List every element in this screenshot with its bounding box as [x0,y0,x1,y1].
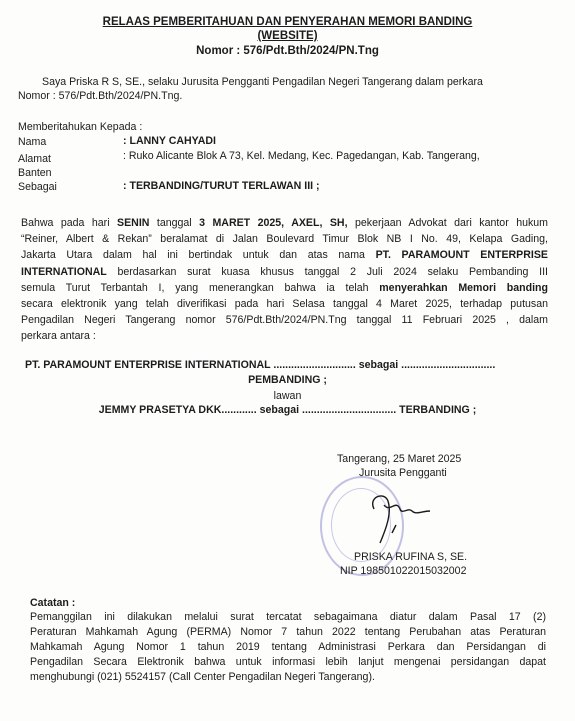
note-line-4: Pengadilan Secara Elektronik bahwa untuk… [30,656,546,668]
signature-name: PRISKA RUFINA S, SE. [354,551,467,563]
body-text: semula Turut Terbantah I, yang menerangk… [21,282,379,294]
address-label: Alamat [18,153,51,165]
body-line-2: “Reiner, Albert & Rekan” beralamat di Ja… [21,233,548,245]
party-pembanding: PT. PARAMOUNT ENTERPRISE INTERNATIONAL .… [25,359,495,371]
role-label: Sebagai [18,181,57,193]
body-text: tanggal [149,217,199,229]
body-day: SENIN [117,217,149,229]
signature-nip: NIP 198501022015032002 [340,565,466,577]
body-memori-banding: menyerahkan Memori banding [379,282,548,294]
body-company: INTERNATIONAL [21,266,107,278]
body-company: PT. PARAMOUNT ENTERPRISE [376,249,548,261]
party-pembanding-role: PEMBANDING ; [0,374,575,386]
body-text: pekerjaan Advokat dari kantor hukum [348,217,548,229]
note-line-5: menghubungi (021) 5524157 (Call Center P… [30,671,375,683]
party-terbanding: JEMMY PRASETYA DKK............ sebagai .… [0,404,575,416]
body-line-1: Bahwa pada hari SENIN tanggal 3 MARET 20… [21,217,548,229]
note-heading: Catatan : [30,597,75,609]
body-line-7: Pengadilan Negeri Tangerang nomor 576/Pd… [21,314,548,326]
body-line-6: secara elektronik yang telah diverifikas… [21,298,548,310]
body-date-advocate: 3 MARET 2025, AXEL, SH, [199,217,347,229]
body-line-8: perkara antara : [21,330,96,342]
intro-line-3: Memberitahukan Kepada : [18,121,142,133]
body-text: Jakarta Utara dalam hal ini bertindak un… [21,249,376,261]
body-line-3: Jakarta Utara dalam hal ini bertindak un… [21,249,548,261]
body-text: Bahwa pada hari [21,217,117,229]
document-page: RELAAS PEMBERITAHUAN DAN PENYERAHAN MEMO… [0,0,575,721]
name-value: : LANNY CAHYADI [123,135,216,147]
address-continuation: Banten [18,167,52,179]
note-line-3: Mahkamah Agung Nomor 1 tahun 2019 tentan… [30,641,546,653]
intro-line-1: Saya Priska R S, SE., selaku Jurusita Pe… [42,76,483,88]
signature-mark [366,487,436,547]
note-line-2: Peraturan Mahkamah Agung (PERMA) Nomor 7… [30,626,546,638]
signature-place-date: Tangerang, 25 Maret 2025 [337,453,461,465]
versus-label: lawan [0,390,575,402]
intro-line-2: Nomor : 576/Pdt.Bth/2024/PN.Tng. [18,90,182,102]
signature-position: Jurusita Pengganti [359,467,447,479]
body-text: berdasarkan surat kuasa khusus tanggal 2… [107,266,548,278]
note-line-1: Pemanggilan ini dilakukan melalui surat … [30,611,546,623]
document-title: RELAAS PEMBERITAHUAN DAN PENYERAHAN MEMO… [0,16,575,28]
body-line-5: semula Turut Terbantah I, yang menerangk… [21,282,548,294]
name-label: Nama [18,136,46,148]
address-value: : Ruko Alicante Blok A 73, Kel. Medang, … [123,150,480,162]
role-value: : TERBANDING/TURUT TERLAWAN III ; [123,180,320,192]
body-line-4: INTERNATIONAL berdasarkan surat kuasa kh… [21,266,548,278]
document-number: Nomor : 576/Pdt.Bth/2024/PN.Tng [0,45,575,57]
document-subtitle: (WEBSITE) [0,30,575,42]
